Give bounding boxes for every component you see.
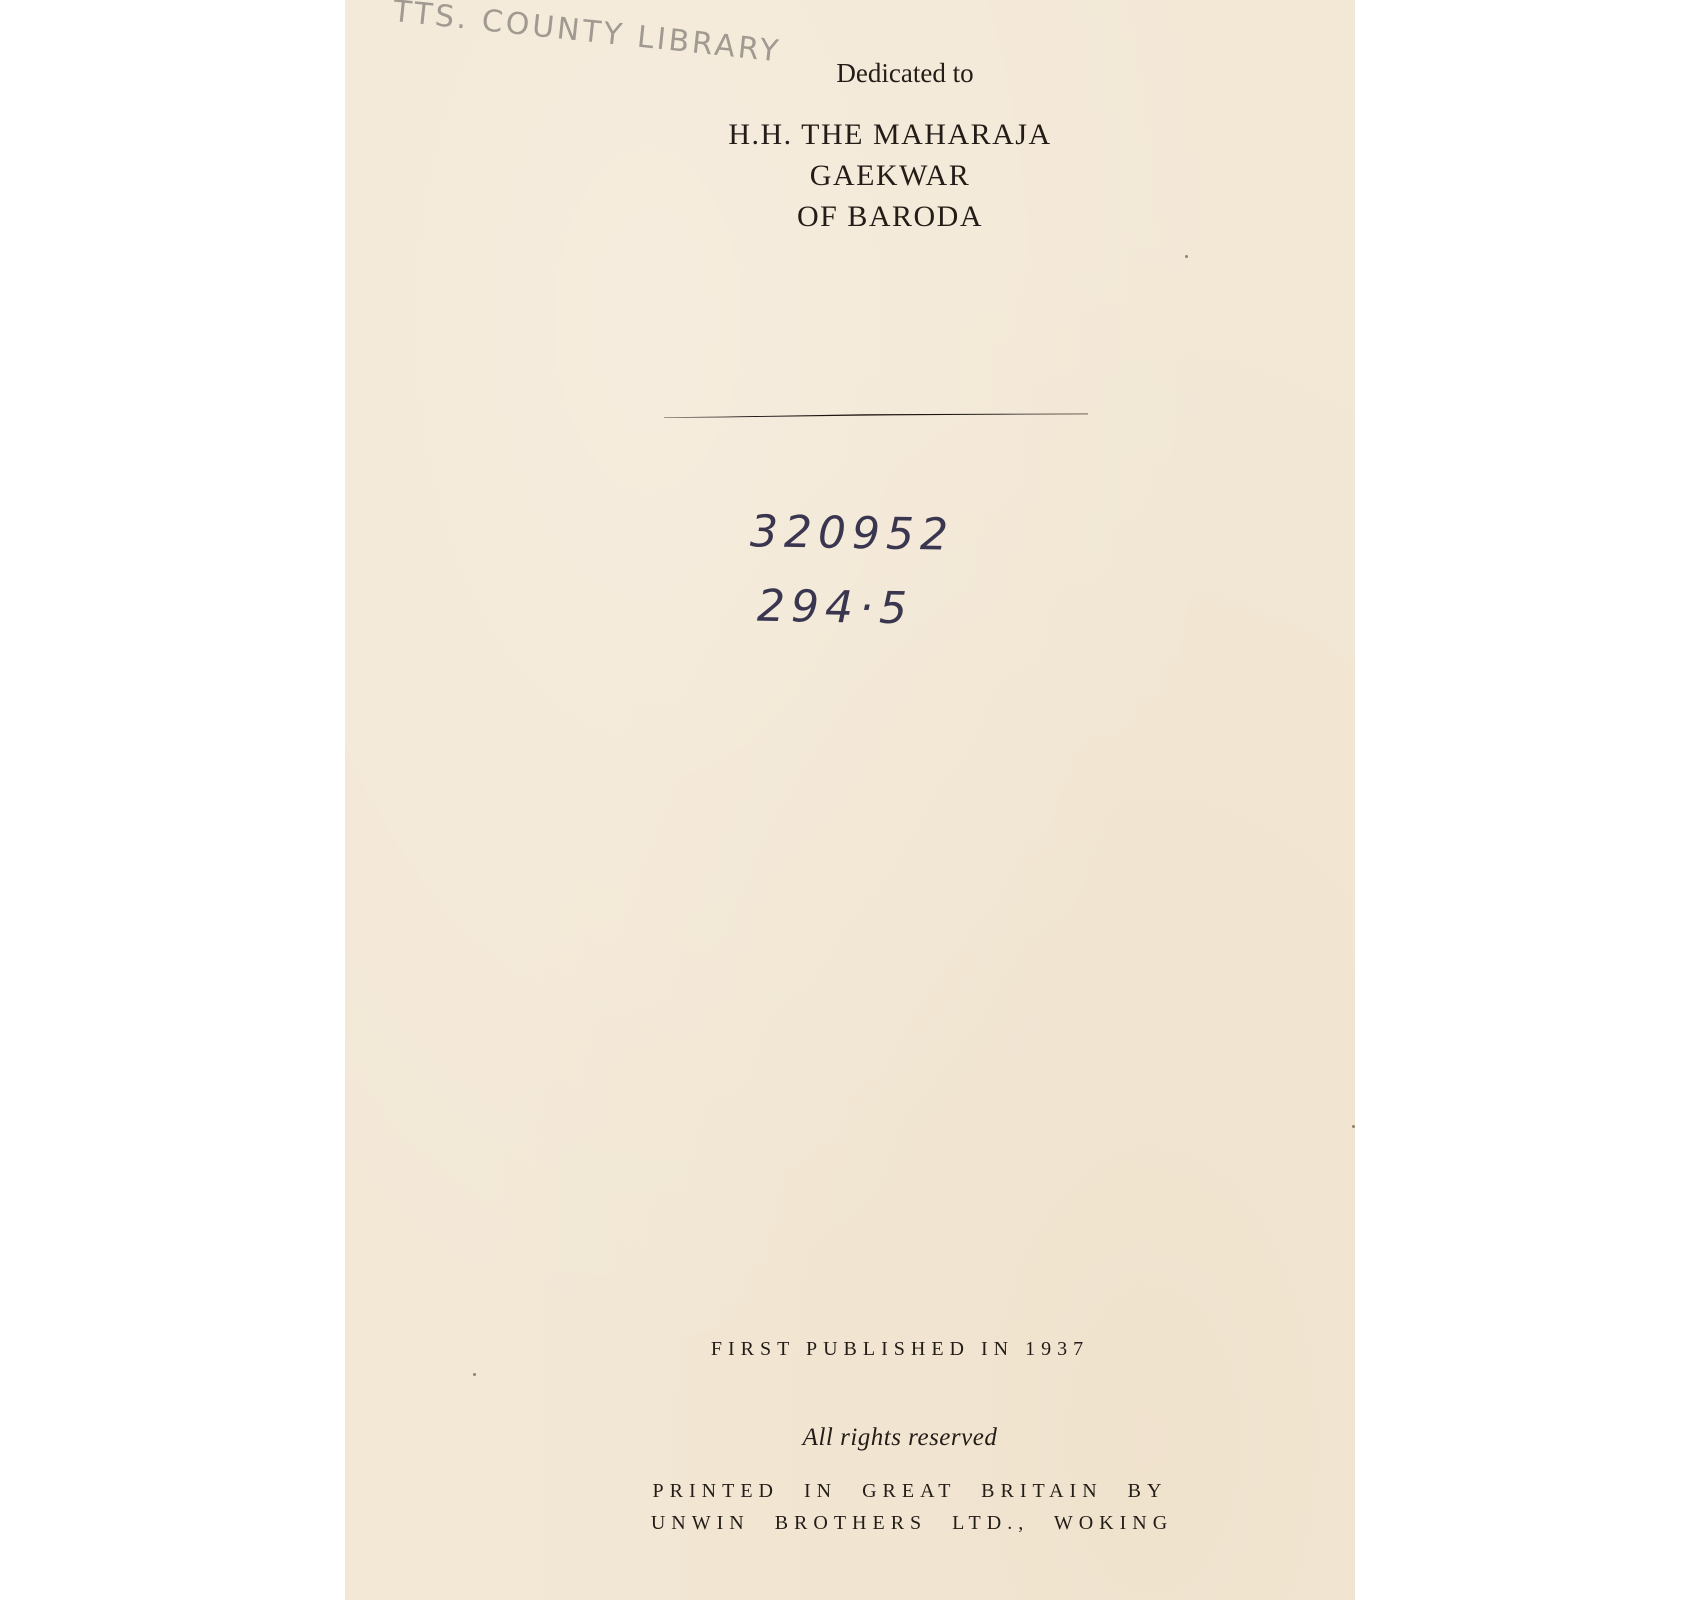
paper-speck: [1185, 255, 1188, 258]
dedicatee-line-3: OF BARODA: [385, 200, 1395, 234]
printer-line-1: PRINTED IN GREAT BRITAIN BY: [405, 1480, 1415, 1503]
book-page: TTS. COUNTY LIBRARY Dedicated to H.H. TH…: [345, 0, 1355, 1600]
first-published-note: FIRST PUBLISHED IN 1937: [395, 1338, 1405, 1361]
paper-speck: [473, 1373, 476, 1376]
paper-speck: [1352, 1125, 1355, 1128]
printer-line-2: UNWIN BROTHERS LTD., WOKING: [407, 1512, 1417, 1535]
dedicatee-line-2: GAEKWAR: [385, 159, 1395, 193]
dedicatee-line-1: H.H. THE MAHARAJA: [385, 118, 1395, 152]
dedication-label: Dedicated to: [400, 58, 1410, 89]
handwritten-classification-number: 294·5: [757, 581, 914, 635]
handwritten-accession-number: 320952: [750, 506, 955, 561]
decorative-rule: [664, 413, 1088, 418]
rights-notice: All rights reserved: [395, 1424, 1405, 1452]
